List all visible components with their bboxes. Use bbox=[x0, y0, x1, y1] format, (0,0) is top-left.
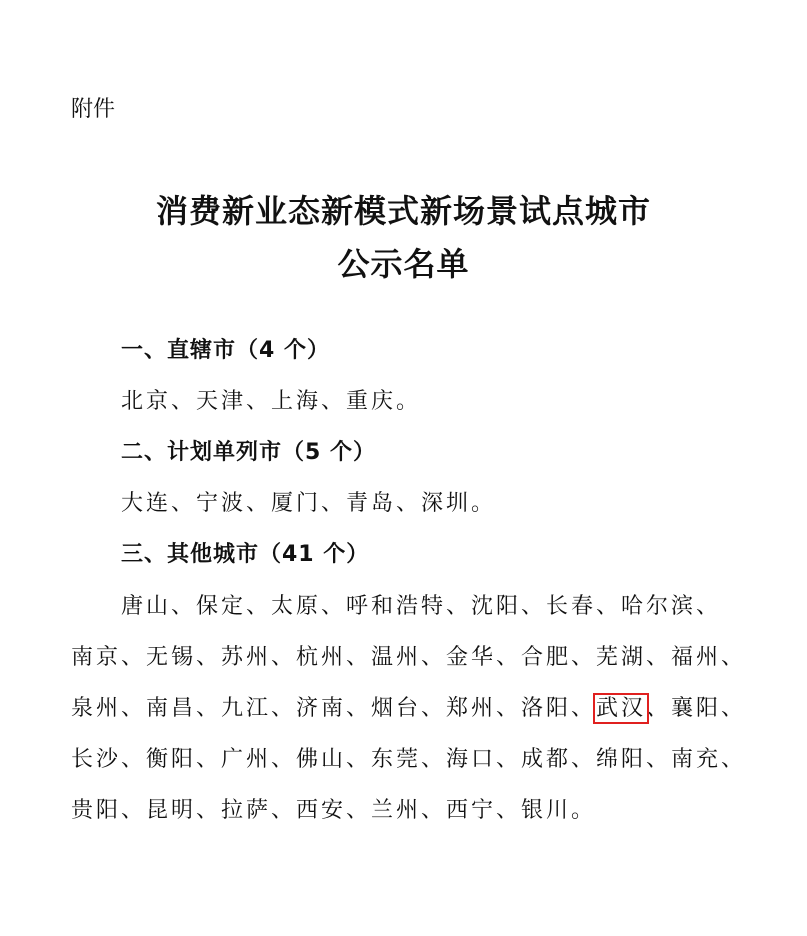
section-heading-other-cities: 三、其他城市（41 个） bbox=[121, 537, 369, 568]
other-cities-line-5: 贵阳、昆明、拉萨、西安、兰州、西宁、银川。 bbox=[71, 793, 596, 824]
highlighted-city-wuhan: 武汉 bbox=[596, 696, 646, 721]
line-3-after: 、襄阳、 bbox=[646, 696, 746, 721]
document-title-line1: 消费新业态新模式新场景试点城市 bbox=[0, 186, 807, 232]
municipalities-list: 北京、天津、上海、重庆。 bbox=[121, 384, 421, 415]
other-cities-line-3: 泉州、南昌、九江、济南、烟台、郑州、洛阳、武汉、襄阳、 bbox=[71, 691, 746, 722]
document-title-line2: 公示名单 bbox=[0, 239, 807, 285]
separately-planned-cities-list: 大连、宁波、厦门、青岛、深圳。 bbox=[121, 486, 496, 517]
other-cities-line-1: 唐山、保定、太原、呼和浩特、沈阳、长春、哈尔滨、 bbox=[121, 589, 721, 620]
section-heading-separately-planned-cities: 二、计划单列市（5 个） bbox=[121, 435, 376, 466]
attachment-label: 附件 bbox=[71, 92, 115, 123]
section-heading-municipalities: 一、直辖市（4 个） bbox=[121, 333, 330, 364]
other-cities-line-2: 南京、无锡、苏州、杭州、温州、金华、合肥、芜湖、福州、 bbox=[71, 640, 746, 671]
line-3-before: 泉州、南昌、九江、济南、烟台、郑州、洛阳、 bbox=[71, 696, 596, 721]
other-cities-line-4: 长沙、衡阳、广州、佛山、东莞、海口、成都、绵阳、南充、 bbox=[71, 742, 746, 773]
